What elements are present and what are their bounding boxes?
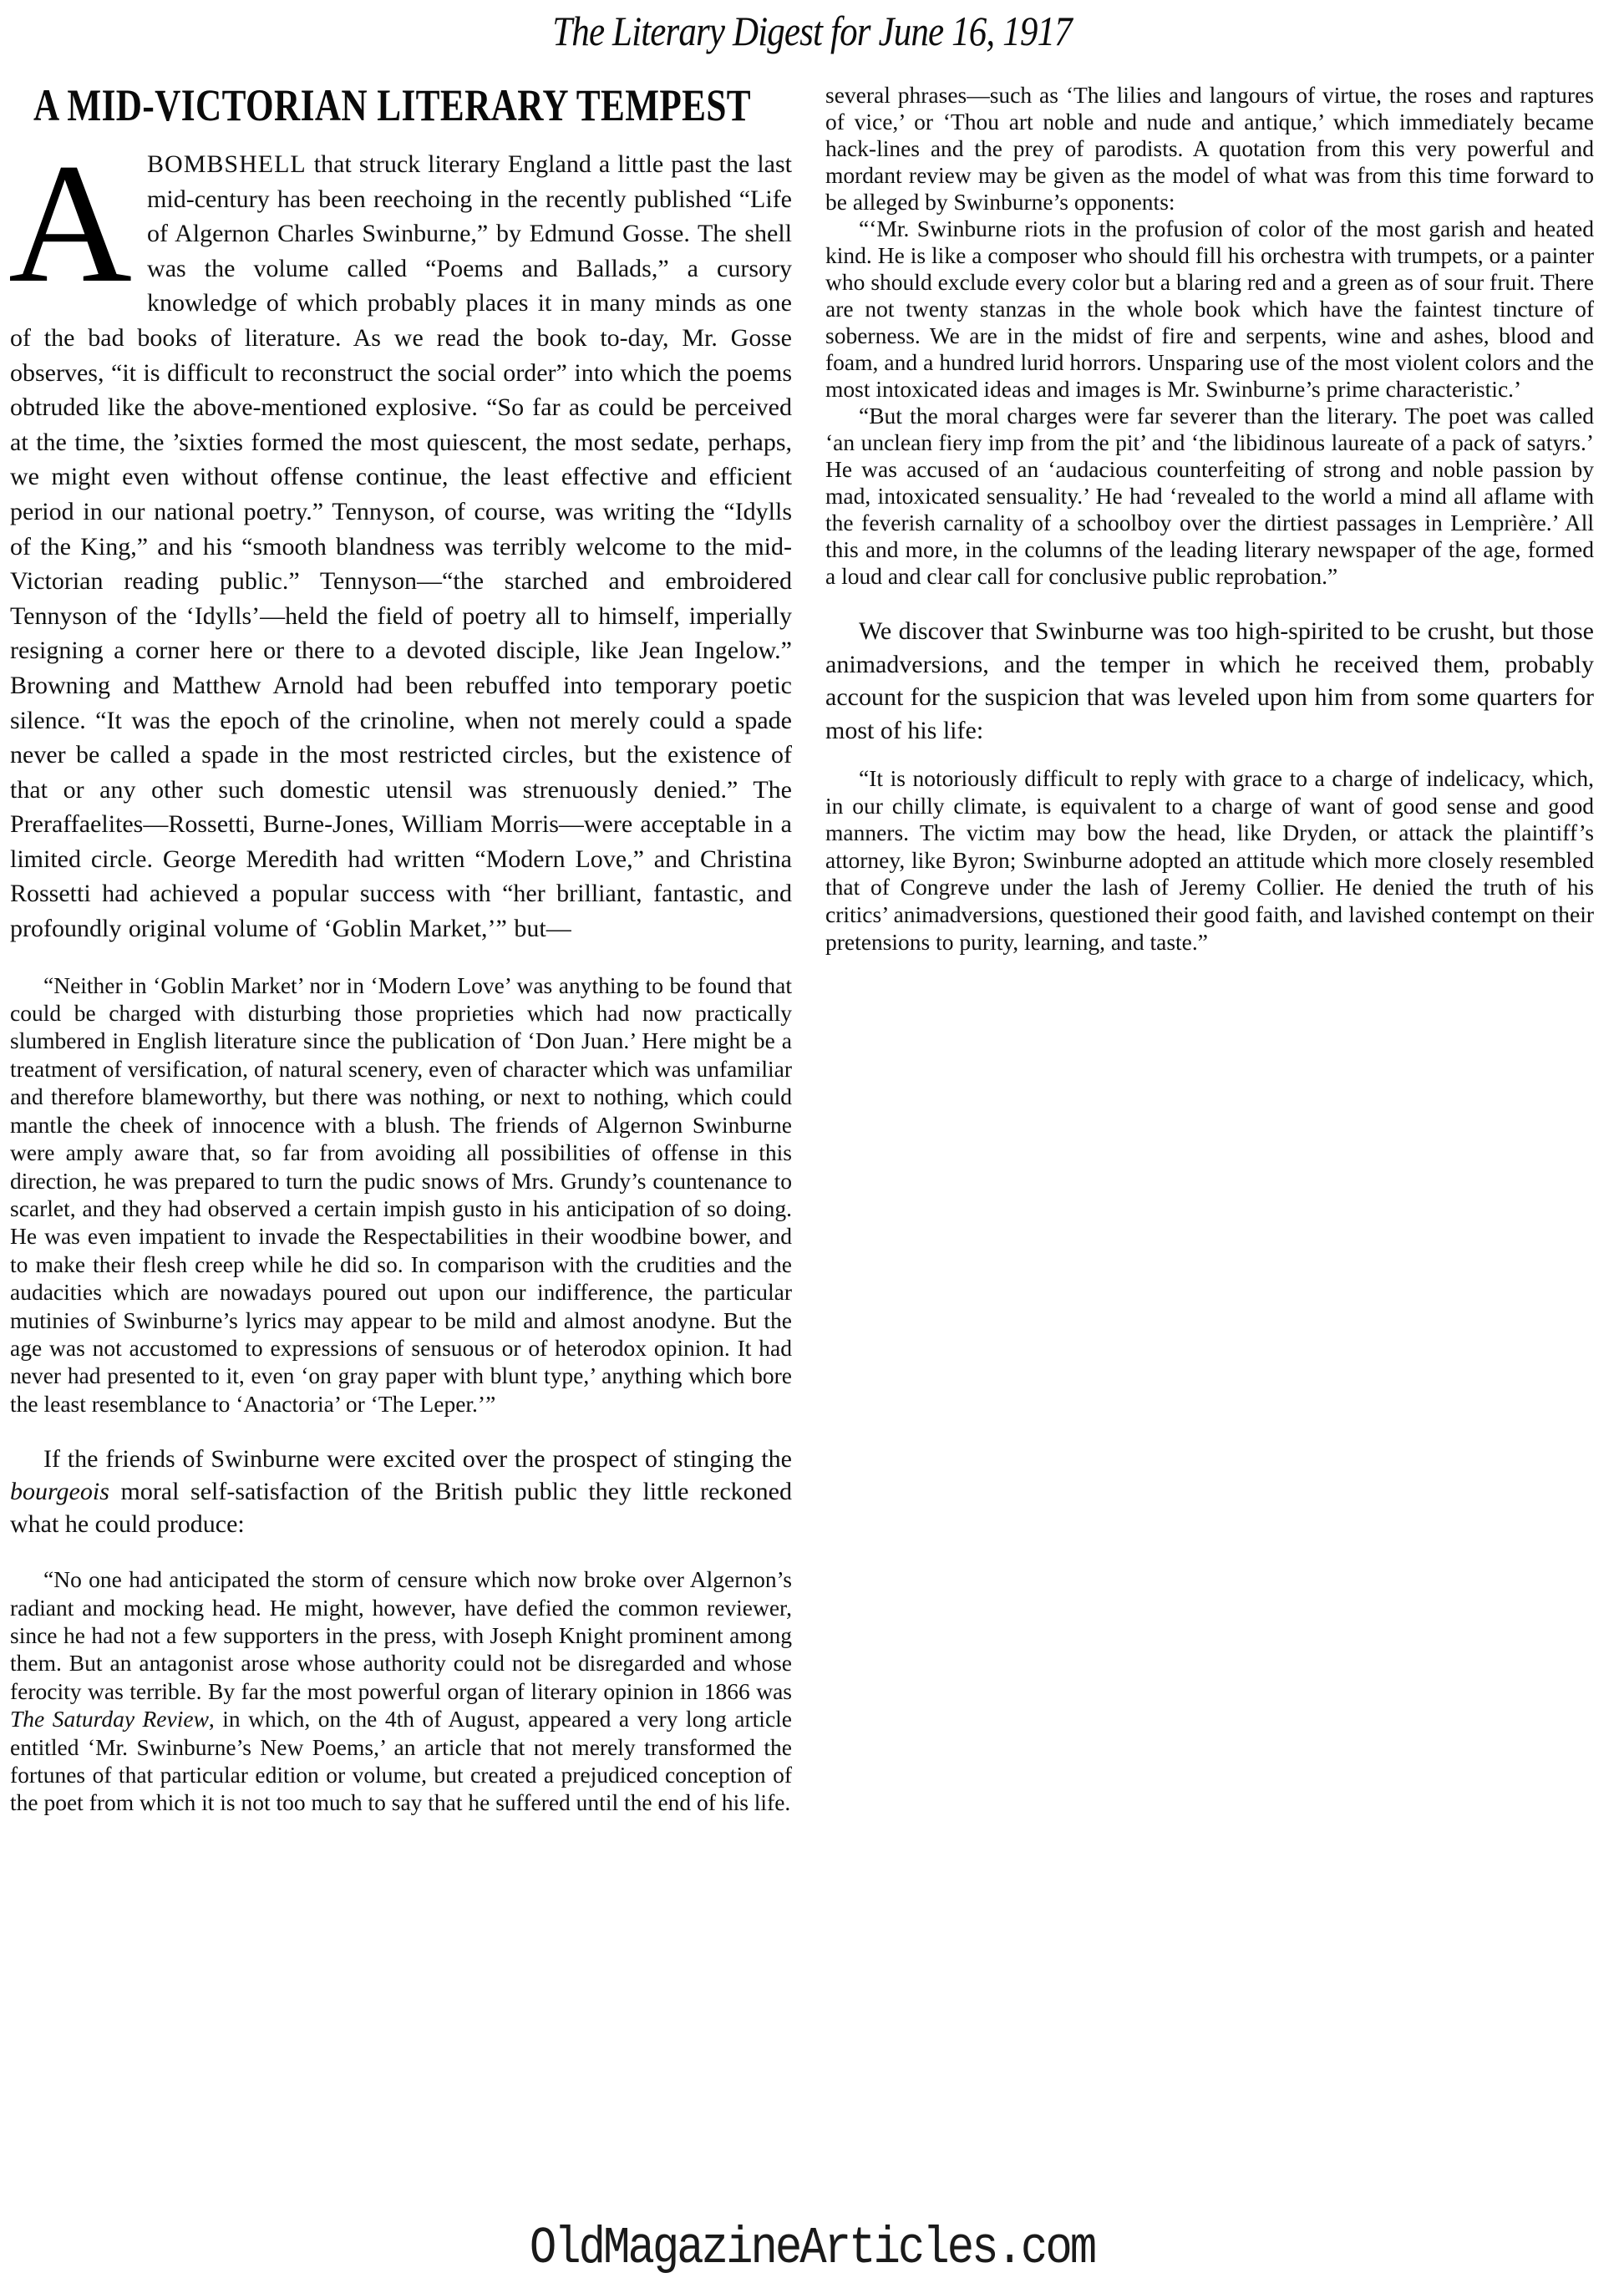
we-discover-paragraph: We discover that Swinburne was too high-… bbox=[825, 615, 1594, 747]
publication-header: The Literary Digest for June 16, 1917 bbox=[114, 7, 1510, 55]
drop-cap: A bbox=[8, 154, 132, 297]
intro-lead-caps: BOMBSHELL bbox=[147, 150, 307, 178]
quote-text: “No one had anticipated the storm of cen… bbox=[10, 1566, 792, 1704]
review-phrases-continuation: several phrases—such as ‘The lilies and … bbox=[825, 82, 1594, 216]
storm-of-censure-quote: “No one had anticipated the storm of cen… bbox=[10, 1565, 792, 1817]
italic-term-bourgeois: bourgeois bbox=[10, 1478, 109, 1505]
paragraph-text: moral self-satisfaction of the British p… bbox=[10, 1478, 792, 1538]
goblin-market-quote: “Neither in ‘Goblin Market’ nor in ‘Mode… bbox=[10, 972, 792, 1418]
paragraph-text: If the friends of Swinburne were excited… bbox=[43, 1445, 792, 1473]
indelicacy-quote: “It is notoriously difficult to reply wi… bbox=[825, 765, 1594, 956]
article-headline: A MID-VICTORIAN LITERARY TEMPEST bbox=[33, 82, 640, 129]
italic-title-saturday-review: The Saturday Review bbox=[10, 1706, 209, 1732]
intro-paragraph: ABOMBSHELL that struck literary England … bbox=[10, 147, 792, 946]
saturday-review-quote: “‘Mr. Swinburne riots in the profusion o… bbox=[825, 216, 1594, 403]
moral-charges-quote: “But the moral charges were far severer … bbox=[825, 403, 1594, 590]
site-watermark: OldMagazineArticles.com bbox=[0, 2220, 1624, 2278]
friends-of-swinburne-paragraph: If the friends of Swinburne were excited… bbox=[10, 1443, 792, 1540]
right-column: several phrases—such as ‘The lilies and … bbox=[825, 82, 1594, 956]
left-column: A MID-VICTORIAN LITERARY TEMPEST ABOMBSH… bbox=[10, 82, 792, 1817]
